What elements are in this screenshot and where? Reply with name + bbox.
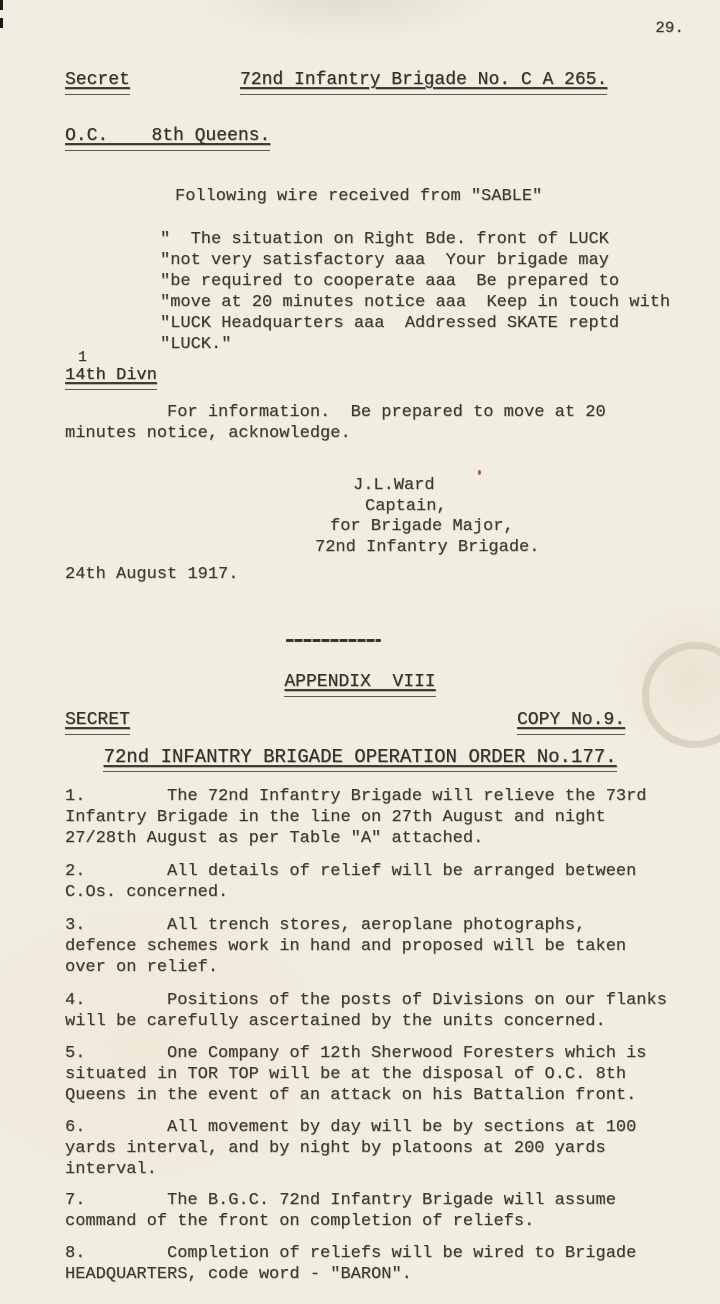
text-line: 5. One Company of 12th Sherwood Forester… xyxy=(65,1043,647,1064)
appendix-classification: SECRET xyxy=(65,710,130,735)
text-line: J.L.Ward xyxy=(353,476,539,497)
copy-number: COPY No.9. xyxy=(517,710,625,735)
memo-reference: 72nd Infantry Brigade No. C A 265. xyxy=(240,70,607,95)
typed-separator-line xyxy=(286,639,381,642)
memo-reference-wrap: 72nd Infantry Brigade No. C A 265. xyxy=(240,70,607,95)
text-line: 3. All trench stores, aeroplane photogra… xyxy=(65,915,626,936)
text-line: 8. Completion of reliefs will be wired t… xyxy=(65,1243,636,1264)
order-paragraph-3: 3. All trench stores, aeroplane photogra… xyxy=(65,915,626,978)
text-line: For information. Be prepared to move at … xyxy=(65,402,606,423)
order-paragraph-5: 5. One Company of 12th Sherwood Forester… xyxy=(65,1043,647,1106)
text-line: 4. Positions of the posts of Divisions o… xyxy=(65,990,667,1011)
order-paragraph-4: 4. Positions of the posts of Divisions o… xyxy=(65,990,667,1032)
info-addressee: 14th Divn xyxy=(65,365,157,390)
text-line: HEADQUARTERS, code word - "BARON". xyxy=(65,1264,636,1285)
text-line: "LUCK." xyxy=(160,334,670,355)
text-line: C.Os. concerned. xyxy=(65,882,636,903)
copy-number-wrap: COPY No.9. xyxy=(517,710,625,735)
operation-order-title: 72nd INFANTRY BRIGADE OPERATION ORDER No… xyxy=(103,747,616,772)
memo-date: 24th August 1917. xyxy=(65,564,238,585)
text-line: yards interval, and by night by platoons… xyxy=(65,1138,636,1159)
order-paragraph-1: 1. The 72nd Infantry Brigade will reliev… xyxy=(65,786,647,849)
operation-order-title-wrap: 72nd INFANTRY BRIGADE OPERATION ORDER No… xyxy=(0,747,720,772)
scan-edge-artifact xyxy=(0,0,3,10)
signature-block: J.L.WardCaptain,for Brigade Major,72nd I… xyxy=(315,476,539,558)
text-line: 72nd Infantry Brigade. xyxy=(315,538,539,559)
order-paragraph-2: 2. All details of relief will be arrange… xyxy=(65,861,636,903)
text-line: "move at 20 minutes notice aaa Keep in t… xyxy=(160,292,670,313)
appendix-heading: APPENDIX VIII xyxy=(284,672,435,697)
text-line: Captain, xyxy=(365,497,539,518)
text-line: "not very satisfactory aaa Your brigade … xyxy=(160,250,670,271)
memo-classification-wrap: Secret xyxy=(65,70,130,95)
text-line: Queens in the event of an attack on his … xyxy=(65,1085,647,1106)
text-line: 7. The B.G.C. 72nd Infantry Brigade will… xyxy=(65,1190,616,1211)
text-line: " The situation on Right Bde. front of L… xyxy=(160,229,670,250)
text-line: defence schemes work in hand and propose… xyxy=(65,936,626,957)
text-line: for Brigade Major, xyxy=(330,517,539,538)
scan-edge-artifact xyxy=(0,18,3,28)
memo-intro: Following wire received from "SABLE" xyxy=(175,186,542,207)
order-paragraph-7: 7. The B.G.C. 72nd Infantry Brigade will… xyxy=(65,1190,616,1232)
ink-speck xyxy=(478,470,481,475)
order-paragraph-6: 6. All movement by day will be by sectio… xyxy=(65,1117,636,1180)
memo-addressee: O.C. 8th Queens. xyxy=(65,126,270,151)
page-number: 29. xyxy=(655,18,684,39)
text-line: over on relief. xyxy=(65,957,626,978)
text-line: minutes notice, acknowledge. xyxy=(65,423,606,444)
text-line: command of the front on completion of re… xyxy=(65,1211,616,1232)
text-line: 2. All details of relief will be arrange… xyxy=(65,861,636,882)
memo-addressee-wrap: O.C. 8th Queens. xyxy=(65,126,270,151)
info-addressee-wrap: 14th Divn xyxy=(65,365,157,390)
document-scan: 29. Secret 72nd Infantry Brigade No. C A… xyxy=(0,0,720,1304)
memo-classification: Secret xyxy=(65,70,130,95)
appendix-classification-wrap: SECRET xyxy=(65,710,130,735)
text-line: 1. The 72nd Infantry Brigade will reliev… xyxy=(65,786,647,807)
text-line: Infantry Brigade in the line on 27th Aug… xyxy=(65,807,647,828)
text-line: "be required to cooperate aaa Be prepare… xyxy=(160,271,670,292)
order-paragraph-8: 8. Completion of reliefs will be wired t… xyxy=(65,1243,636,1285)
wire-quote-block: " The situation on Right Bde. front of L… xyxy=(160,229,670,355)
text-line: will be carefully ascertained by the uni… xyxy=(65,1011,667,1032)
text-line: interval. xyxy=(65,1159,636,1180)
text-line: 6. All movement by day will be by sectio… xyxy=(65,1117,636,1138)
text-line: "LUCK Headquarters aaa Addressed SKATE r… xyxy=(160,313,670,334)
text-line: 27/28th August as per Table "A" attached… xyxy=(65,828,647,849)
text-line: situated in TOR TOP will be at the dispo… xyxy=(65,1064,647,1085)
info-paragraph: For information. Be prepared to move at … xyxy=(65,402,606,444)
appendix-heading-wrap: APPENDIX VIII xyxy=(0,672,720,697)
